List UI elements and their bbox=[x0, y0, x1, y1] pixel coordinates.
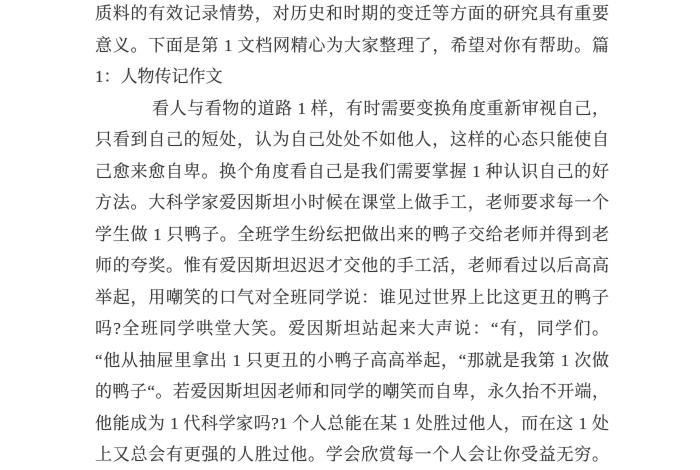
text-line: 意义。下面是第 1 文档网精心为大家整理了，希望对你有帮助。篇 bbox=[95, 30, 609, 62]
text-line: 举起，用嘲笑的口气对全班同学说：谁见过世界上比这更丑的鸭子 bbox=[95, 282, 609, 314]
text-line: 上又总会有更强的人胜过他。学会欣赏每一个人会让你受益无穷。 bbox=[95, 439, 609, 470]
text-line: 质料的有效记录情势，对历史和时期的变迁等方面的研究具有重要 bbox=[95, 0, 609, 30]
text-line: 只看到自己的短处，认为自己处处不如他人，这样的心态只能使自 bbox=[95, 124, 609, 156]
text-line: 吗?全班同学哄堂大笑。爱因斯坦站起来大声说：“有，同学们。 bbox=[95, 313, 609, 345]
document-text-block: 质料的有效记录情势，对历史和时期的变迁等方面的研究具有重要 意义。下面是第 1 … bbox=[95, 0, 609, 470]
text-line: 方法。大科学家爱因斯坦小时候在课堂上做手工，老师要求每一个 bbox=[95, 187, 609, 219]
text-line: “他从抽屉里拿出 1 只更丑的小鸭子高高举起，“那就是我第 1 次做 bbox=[95, 345, 609, 377]
text-line-paragraph-start: 看人与看物的道路 1 样，有时需要变换角度重新审视自己， bbox=[95, 93, 609, 125]
text-line: 师的夸奖。惟有爱因斯坦迟迟才交他的手工活，老师看过以后高高 bbox=[95, 250, 609, 282]
text-line: 他能成为 1 代科学家吗?1 个人总能在某 1 处胜过他人，而在这 1 处 bbox=[95, 408, 609, 440]
text-line: 学生做 1 只鸭子。全班学生纷纭把做出来的鸭子交给老师并得到老 bbox=[95, 219, 609, 251]
text-line: 的鸭子“。若爱因斯坦因老师和同学的嘲笑而自卑，永久抬不开端， bbox=[95, 376, 609, 408]
document-page: 质料的有效记录情势，对历史和时期的变迁等方面的研究具有重要 意义。下面是第 1 … bbox=[0, 0, 700, 470]
text-line: 己愈来愈自卑。换个角度看自己是我们需要掌握 1 种认识自己的好 bbox=[95, 156, 609, 188]
text-line-section-heading: 1：人物传记作文 bbox=[95, 61, 609, 93]
